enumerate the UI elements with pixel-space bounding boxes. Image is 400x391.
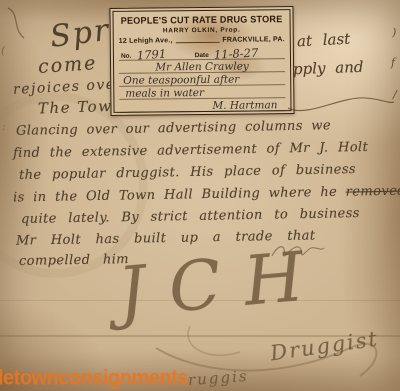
- address-row: 12 Lehigh Ave., FRACKVILLE, PA.: [116, 33, 288, 45]
- date-label: Date: [195, 52, 209, 59]
- edge-writing-fragment: (: [1, 44, 5, 57]
- dose-line-1: One teaspoonful after: [123, 74, 239, 86]
- seller-watermark: letownconsignments: [0, 366, 188, 390]
- handwritten-line: at last: [297, 32, 351, 50]
- prescription-form: No. 1791 Date 11-8-27 Mr Allen Crawley O…: [119, 46, 286, 113]
- signature-echo: ruggis: [188, 369, 249, 388]
- stain-ring: [0, 92, 148, 278]
- handwritten-line: compelled him: [19, 253, 129, 268]
- handwritten-line: pply and: [293, 60, 364, 77]
- address-right: FRACKVILLE, PA.: [222, 36, 284, 44]
- struck-word: removed: [346, 184, 400, 200]
- scanned-letter-photo: Spring come at last pply and rejoices ov…: [0, 0, 400, 391]
- no-label: No.: [121, 53, 132, 60]
- edge-writing-fragment: :: [2, 120, 6, 133]
- drugstore-label: PEOPLE'S CUT RATE DRUG STORE HARRY OLKIN…: [109, 6, 294, 116]
- signature-initials: J C H: [115, 244, 304, 328]
- store-name: PEOPLE'S CUT RATE DRUG STORE: [119, 14, 284, 27]
- drugstore-label-inner: PEOPLE'S CUT RATE DRUG STORE HARRY OLKIN…: [116, 12, 289, 110]
- handwritten-line: rejoices over: [13, 77, 124, 97]
- corner-pen-mark: [2, 4, 42, 44]
- pen-flourish: [286, 90, 398, 120]
- form-row-signed: M. Hartman: [119, 98, 285, 113]
- handwritten-line: Glancing over our advertising columns we: [16, 119, 331, 137]
- handwritten-line: come: [37, 54, 98, 77]
- address-left: 12 Lehigh Ave.,: [119, 37, 173, 45]
- edge-writing-fragment: /: [393, 88, 397, 101]
- patient-name: Mr Allen Crawley: [155, 61, 249, 72]
- edge-writing-fragment: f: [391, 56, 395, 69]
- edge-writing-fragment: ): [392, 26, 396, 39]
- dose-line-2: meals in water: [125, 87, 204, 98]
- address-blank: [176, 35, 220, 43]
- pharmacist-signature: M. Hartman: [212, 100, 277, 111]
